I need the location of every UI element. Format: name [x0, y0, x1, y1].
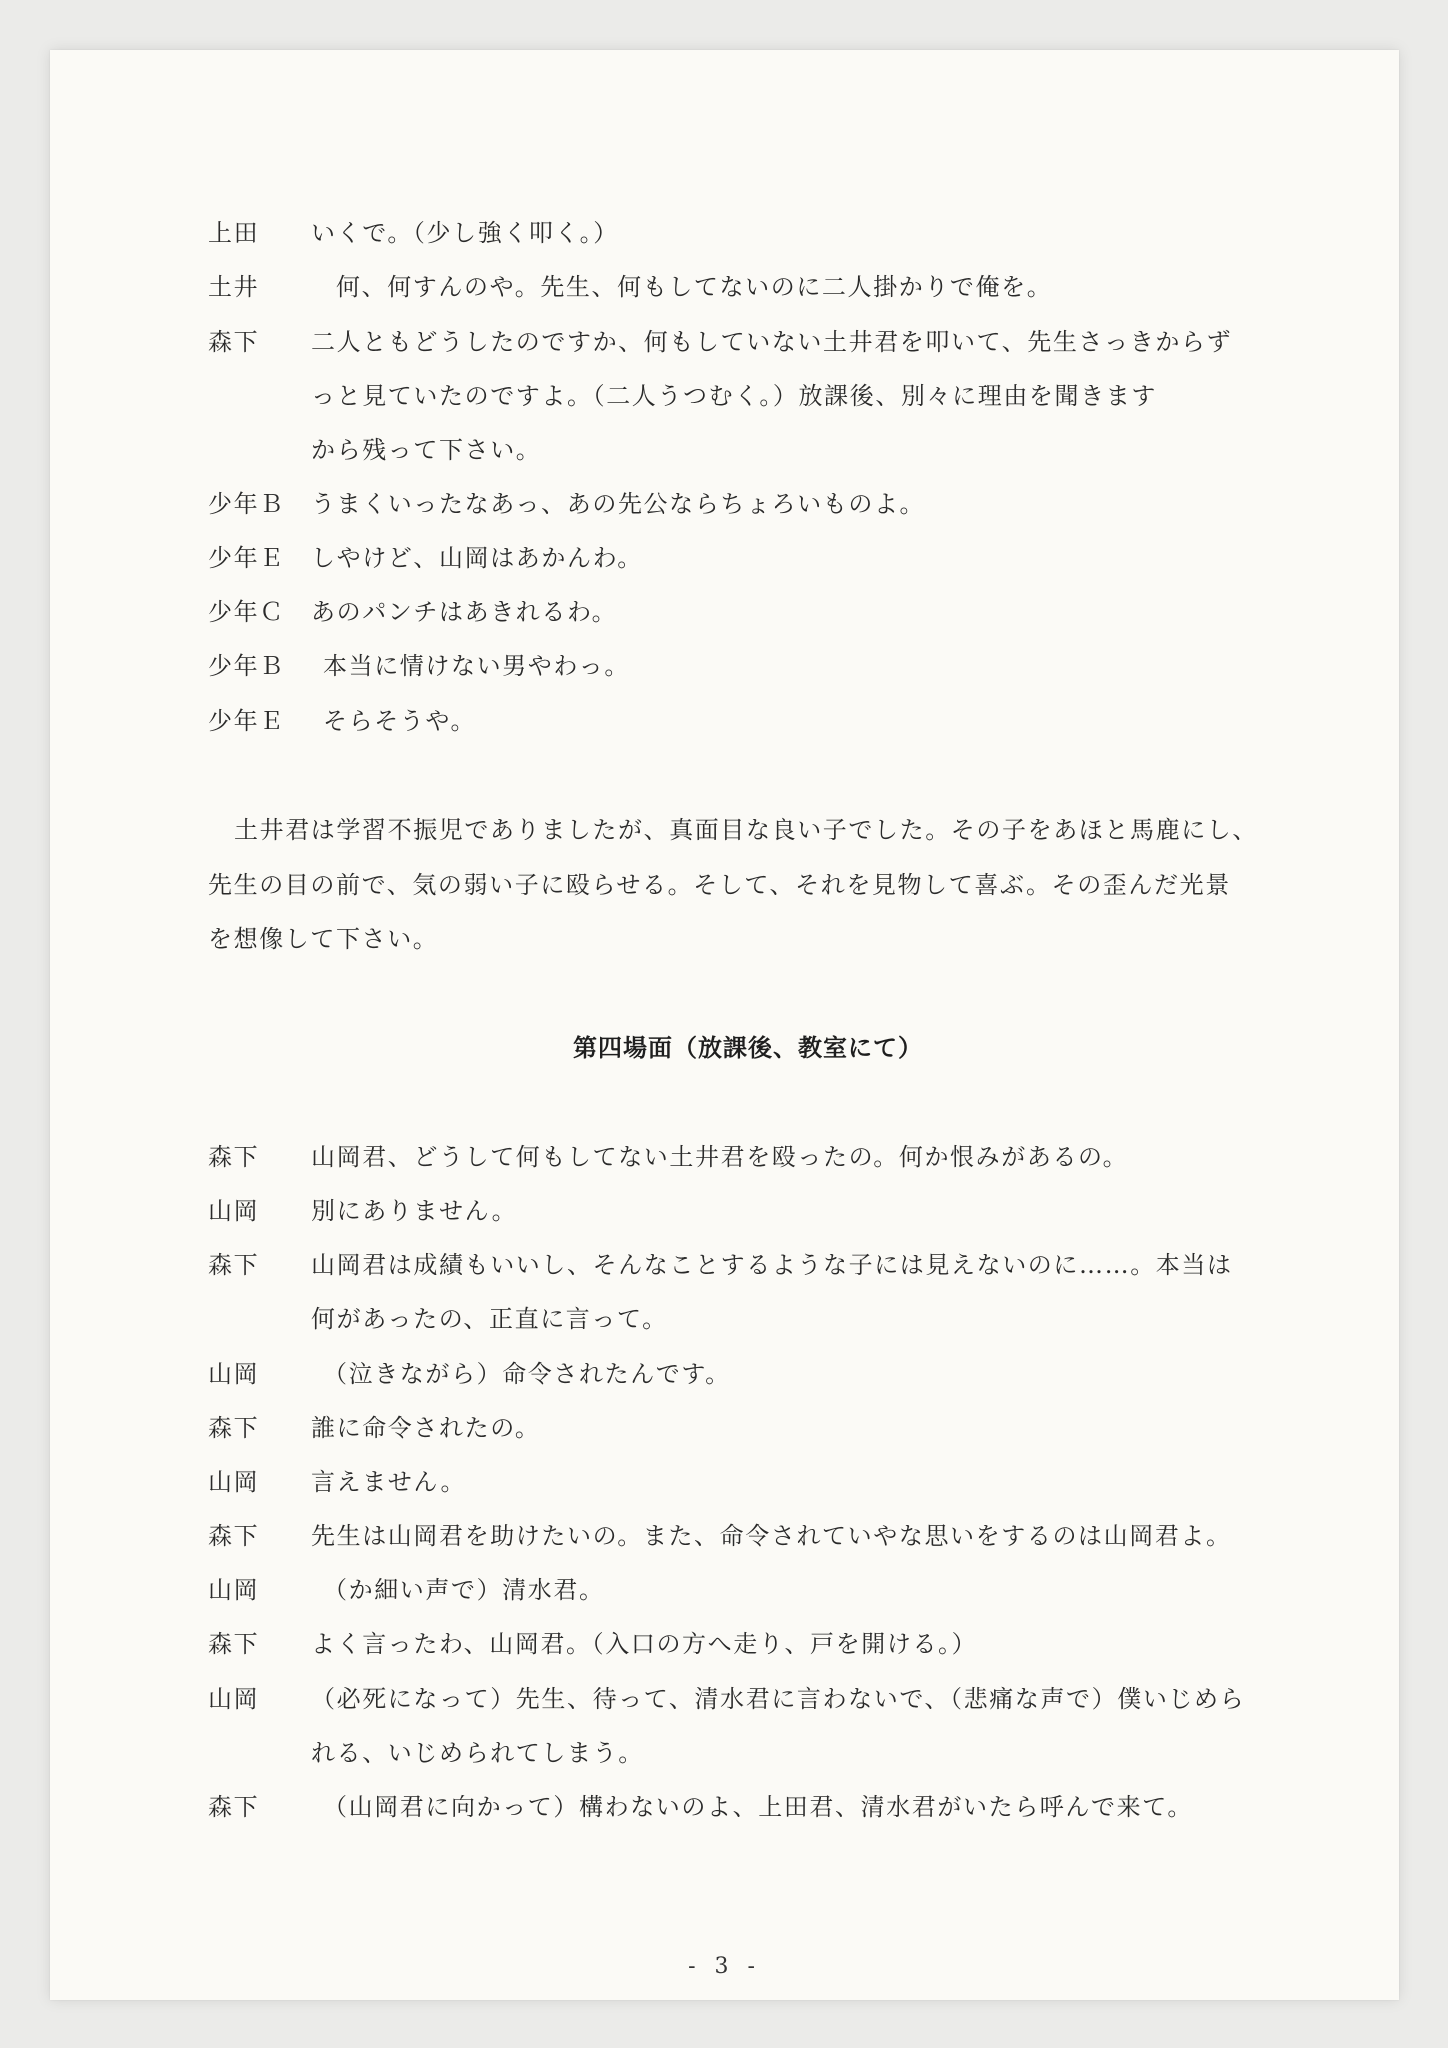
speaker-name: 山岡	[208, 1467, 308, 1497]
dialogue-text: 何、何すんのや。先生、何もしてないのに二人掛かりで俺を。	[336, 272, 1052, 302]
speaker-name: 森下	[208, 327, 308, 357]
speaker-name: 上田	[208, 218, 308, 248]
narration-line: 土井君は学習不振児でありましたが、真面目な良い子でした。その子をあほと馬鹿にし、	[234, 815, 1258, 845]
dialogue-text: から残って下さい。	[311, 435, 541, 465]
dialogue-text: 山岡君は成績もいいし、そんなことするような子には見えないのに……。本当は	[311, 1250, 1233, 1280]
speaker-name: 森下	[208, 1250, 308, 1280]
scene-heading: 第四場面（放課後、教室にて）	[208, 1033, 1288, 1063]
speaker-name: 山岡	[208, 1684, 308, 1714]
speaker-name: 山岡	[208, 1359, 308, 1389]
dialogue-text: れる、いじめられてしまう。	[311, 1738, 644, 1768]
speaker-name: 森下	[208, 1521, 308, 1551]
dialogue-text: 別にありません。	[311, 1196, 517, 1226]
dialogue-text: 山岡君、どうして何もしてない土井君を殴ったの。何か恨みがあるの。	[311, 1142, 1128, 1172]
speaker-name: 森下	[208, 1792, 308, 1822]
dialogue-text: （必死になって）先生、待って、清水君に言わないで、（悲痛な声で）僕いじめら	[311, 1684, 1245, 1714]
speaker-name: 森下	[208, 1413, 308, 1443]
dialogue-text: そらそうや。	[323, 706, 476, 736]
dialogue-text: よく言ったわ、山岡君。（入口の方へ走り、戸を開ける。）	[311, 1629, 977, 1659]
page-number: - 3 -	[50, 1953, 1399, 1981]
speaker-name: 少年Ｂ	[208, 651, 308, 681]
narration-line: を想像して下さい。	[208, 924, 438, 954]
dialogue-text: 言えません。	[311, 1467, 466, 1497]
speaker-name: 森下	[208, 1629, 308, 1659]
dialogue-text: あのパンチはあきれるわ。	[311, 597, 617, 627]
dialogue-text: 何があったの、正直に言って。	[311, 1304, 668, 1334]
speaker-name: 森下	[208, 1142, 308, 1172]
dialogue-text: 本当に情けない男やわっ。	[323, 651, 630, 681]
dialogue-text: っと見ていたのですよ。（二人うつむく。）放課後、別々に理由を聞きます	[311, 381, 1157, 411]
document-page: 上田 いくで。（少し強く叩く。） 土井 何、何すんのや。先生、何もしてないのに二…	[50, 50, 1399, 2000]
speaker-name: 山岡	[208, 1196, 308, 1226]
dialogue-text: （山岡君に向かって）構わないのよ、上田君、清水君がいたら呼んで来て。	[323, 1792, 1193, 1822]
dialogue-text: しやけど、山岡はあかんわ。	[311, 543, 643, 573]
dialogue-text: 誰に命令されたの。	[311, 1413, 540, 1443]
speaker-name: 少年Ｅ	[208, 706, 308, 736]
speaker-name: 土井	[208, 272, 308, 302]
dialogue-text: いくで。（少し強く叩く。）	[311, 218, 619, 248]
speaker-name: 少年Ｂ	[208, 489, 308, 519]
speaker-name: 少年Ｃ	[208, 597, 308, 627]
speaker-name: 山岡	[208, 1575, 308, 1605]
dialogue-text: うまくいったなあっ、あの先公ならちょろいものよ。	[311, 489, 925, 519]
dialogue-text: （か細い声で）清水君。	[323, 1575, 605, 1605]
dialogue-text: 二人ともどうしたのですか、何もしていない土井君を叩いて、先生さっきからず	[311, 327, 1232, 357]
dialogue-text: 先生は山岡君を助けたいの。また、命令されていやな思いをするのは山岡君よ。	[311, 1521, 1232, 1551]
narration-line: 先生の目の前で、気の弱い子に殴らせる。そして、それを見物して喜ぶ。その歪んだ光景	[208, 870, 1231, 900]
dialogue-text: （泣きながら）命令されたんです。	[323, 1359, 731, 1389]
speaker-name: 少年Ｅ	[208, 543, 308, 573]
